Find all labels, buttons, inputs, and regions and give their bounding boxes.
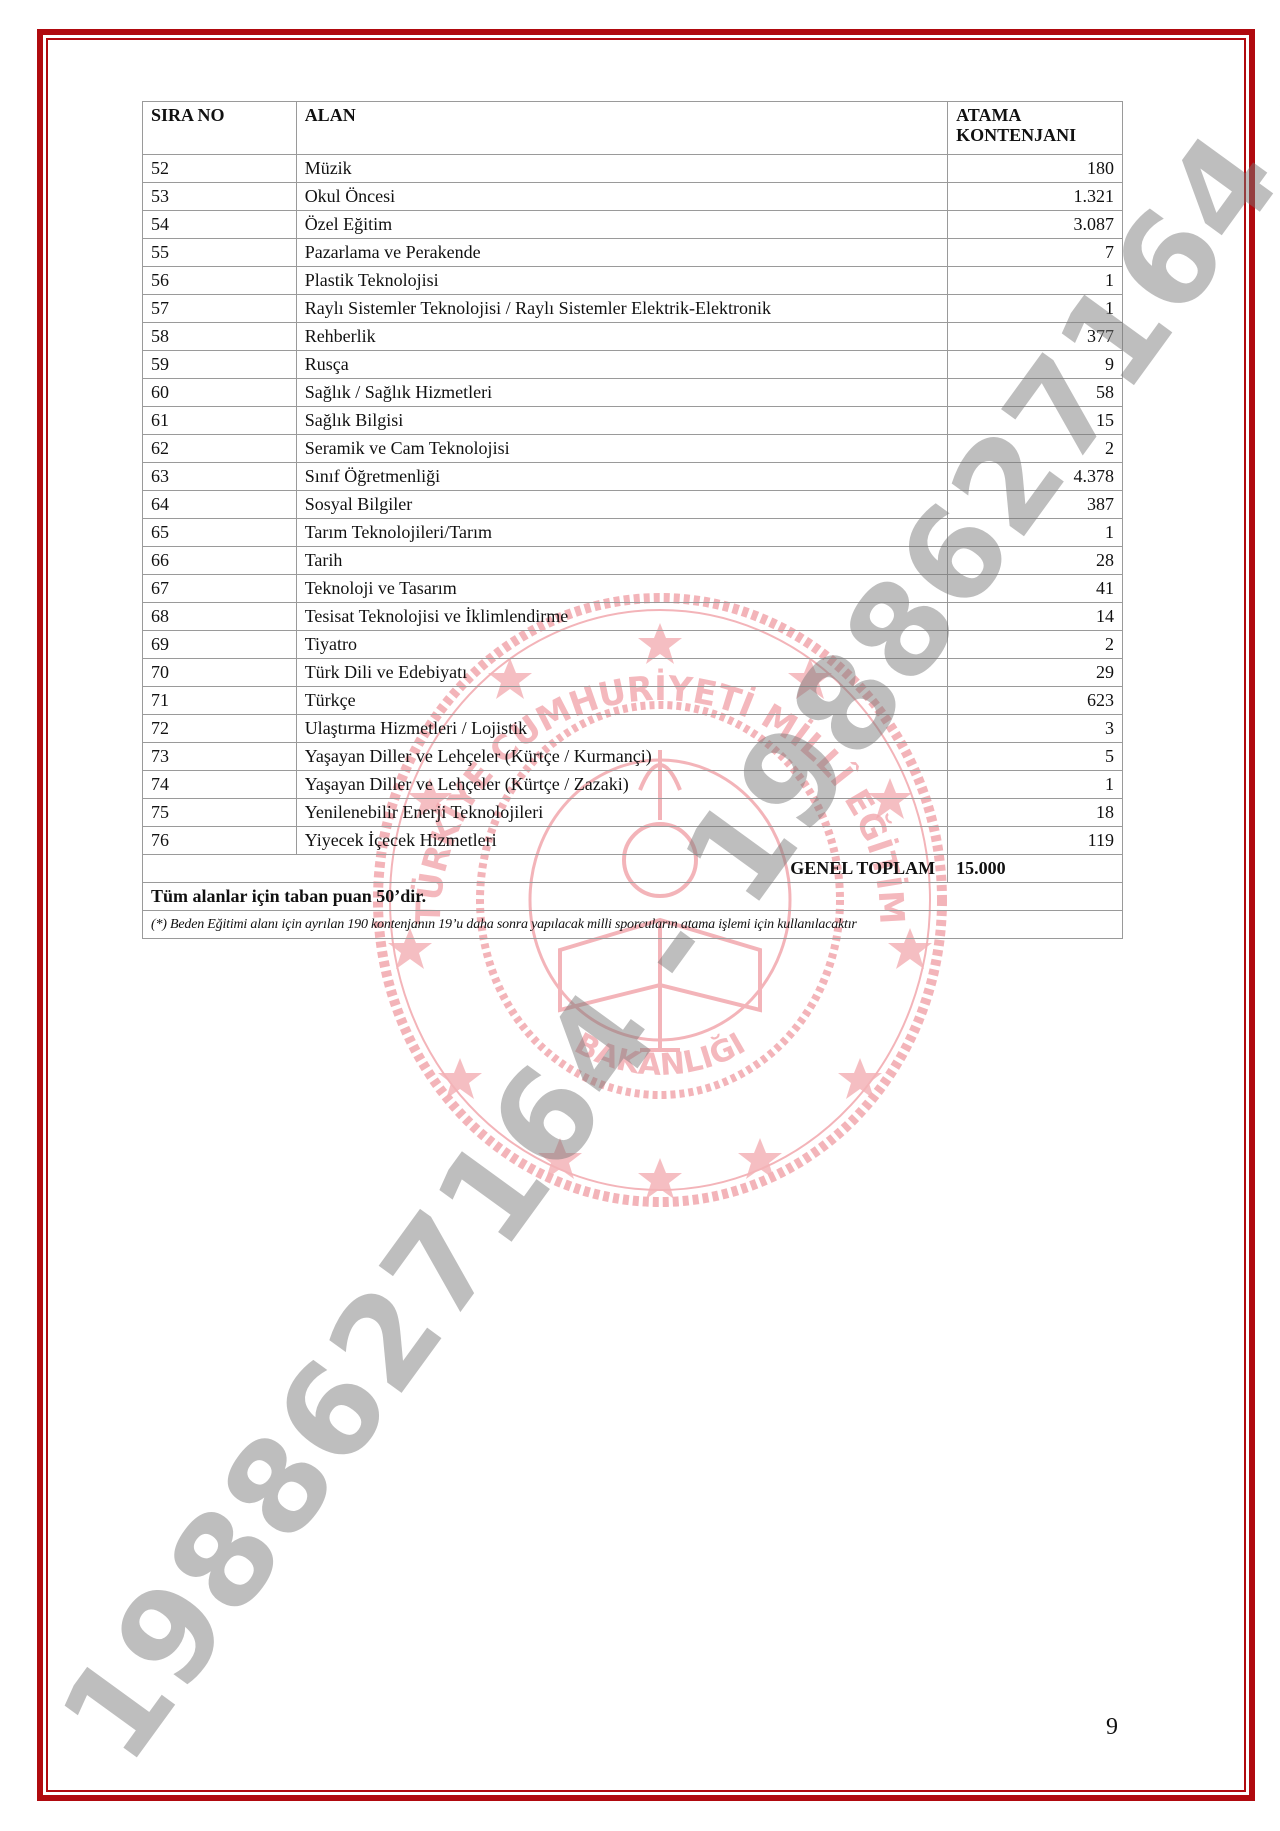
table-row: 57Raylı Sistemler Teknolojisi / Raylı Si… — [143, 295, 1123, 323]
table-row: 58Rehberlik377 — [143, 323, 1123, 351]
base-score-row: Tüm alanlar için taban puan 50’dir. — [143, 883, 1123, 911]
row-alan: Rehberlik — [296, 323, 947, 351]
table-row: 75Yenilenebilir Enerji Teknolojileri18 — [143, 799, 1123, 827]
row-kontenjan: 1 — [948, 771, 1123, 799]
row-sira-no: 63 — [143, 463, 297, 491]
row-alan: Seramik ve Cam Teknolojisi — [296, 435, 947, 463]
table-row: 62Seramik ve Cam Teknolojisi2 — [143, 435, 1123, 463]
row-sira-no: 58 — [143, 323, 297, 351]
row-alan: Özel Eğitim — [296, 211, 947, 239]
row-sira-no: 57 — [143, 295, 297, 323]
table-row: 56Plastik Teknolojisi1 — [143, 267, 1123, 295]
table-row: 68Tesisat Teknolojisi ve İklimlendirme14 — [143, 603, 1123, 631]
table-row: 53Okul Öncesi1.321 — [143, 183, 1123, 211]
row-sira-no: 73 — [143, 743, 297, 771]
row-sira-no: 70 — [143, 659, 297, 687]
row-sira-no: 74 — [143, 771, 297, 799]
table-row: 67Teknoloji ve Tasarım41 — [143, 575, 1123, 603]
row-alan: Rusça — [296, 351, 947, 379]
row-sira-no: 64 — [143, 491, 297, 519]
footnote: (*) Beden Eğitimi alanı için ayrılan 190… — [143, 911, 1123, 939]
row-kontenjan: 1 — [948, 295, 1123, 323]
row-sira-no: 54 — [143, 211, 297, 239]
table-row: 72Ulaştırma Hizmetleri / Lojistik3 — [143, 715, 1123, 743]
row-sira-no: 66 — [143, 547, 297, 575]
table-row: 70Türk Dili ve Edebiyatı29 — [143, 659, 1123, 687]
row-kontenjan: 4.378 — [948, 463, 1123, 491]
row-alan: Okul Öncesi — [296, 183, 947, 211]
row-kontenjan: 623 — [948, 687, 1123, 715]
row-alan: Yaşayan Diller ve Lehçeler (Kürtçe / Zaz… — [296, 771, 947, 799]
row-kontenjan: 1 — [948, 519, 1123, 547]
row-kontenjan: 15 — [948, 407, 1123, 435]
row-alan: Yiyecek İçecek Hizmetleri — [296, 827, 947, 855]
row-kontenjan: 2 — [948, 631, 1123, 659]
row-kontenjan: 1 — [948, 267, 1123, 295]
row-alan: Ulaştırma Hizmetleri / Lojistik — [296, 715, 947, 743]
row-sira-no: 68 — [143, 603, 297, 631]
row-alan: Sosyal Bilgiler — [296, 491, 947, 519]
row-alan: Müzik — [296, 155, 947, 183]
row-alan: Türkçe — [296, 687, 947, 715]
row-kontenjan: 377 — [948, 323, 1123, 351]
row-sira-no: 76 — [143, 827, 297, 855]
row-kontenjan: 119 — [948, 827, 1123, 855]
header-atama-kontenjani: ATAMA KONTENJANI — [948, 102, 1123, 155]
row-kontenjan: 5 — [948, 743, 1123, 771]
assignment-quota-table: SIRA NO ALAN ATAMA KONTENJANI 52Müzik180… — [142, 101, 1123, 939]
table-row: 76Yiyecek İçecek Hizmetleri119 — [143, 827, 1123, 855]
table-row: 59Rusça9 — [143, 351, 1123, 379]
table-row: 64Sosyal Bilgiler387 — [143, 491, 1123, 519]
table-header-row: SIRA NO ALAN ATAMA KONTENJANI — [143, 102, 1123, 155]
row-kontenjan: 14 — [948, 603, 1123, 631]
table-row: 65Tarım Teknolojileri/Tarım1 — [143, 519, 1123, 547]
row-sira-no: 65 — [143, 519, 297, 547]
table-body: 52Müzik18053Okul Öncesi1.32154Özel Eğiti… — [143, 155, 1123, 855]
total-value: 15.000 — [948, 855, 1123, 883]
row-sira-no: 53 — [143, 183, 297, 211]
row-alan: Yaşayan Diller ve Lehçeler (Kürtçe / Kur… — [296, 743, 947, 771]
row-alan: Tesisat Teknolojisi ve İklimlendirme — [296, 603, 947, 631]
table-row: 66Tarih28 — [143, 547, 1123, 575]
row-sira-no: 75 — [143, 799, 297, 827]
total-row: GENEL TOPLAM 15.000 — [143, 855, 1123, 883]
row-sira-no: 67 — [143, 575, 297, 603]
row-kontenjan: 2 — [948, 435, 1123, 463]
table-row: 54Özel Eğitim3.087 — [143, 211, 1123, 239]
table-row: 61Sağlık Bilgisi15 — [143, 407, 1123, 435]
row-sira-no: 52 — [143, 155, 297, 183]
header-alan: ALAN — [296, 102, 947, 155]
row-kontenjan: 41 — [948, 575, 1123, 603]
row-sira-no: 62 — [143, 435, 297, 463]
table-row: 73Yaşayan Diller ve Lehçeler (Kürtçe / K… — [143, 743, 1123, 771]
table-row: 60Sağlık / Sağlık Hizmetleri58 — [143, 379, 1123, 407]
row-kontenjan: 180 — [948, 155, 1123, 183]
row-alan: Teknoloji ve Tasarım — [296, 575, 947, 603]
row-sira-no: 72 — [143, 715, 297, 743]
row-kontenjan: 387 — [948, 491, 1123, 519]
row-alan: Sağlık / Sağlık Hizmetleri — [296, 379, 947, 407]
row-alan: Türk Dili ve Edebiyatı — [296, 659, 947, 687]
row-sira-no: 56 — [143, 267, 297, 295]
row-kontenjan: 1.321 — [948, 183, 1123, 211]
total-label: GENEL TOPLAM — [143, 855, 948, 883]
row-alan: Sağlık Bilgisi — [296, 407, 947, 435]
table-row: 52Müzik180 — [143, 155, 1123, 183]
row-sira-no: 61 — [143, 407, 297, 435]
row-kontenjan: 9 — [948, 351, 1123, 379]
row-kontenjan: 3.087 — [948, 211, 1123, 239]
row-kontenjan: 7 — [948, 239, 1123, 267]
header-atama-line1: ATAMA — [956, 105, 1021, 125]
table-row: 74Yaşayan Diller ve Lehçeler (Kürtçe / Z… — [143, 771, 1123, 799]
base-score-note: Tüm alanlar için taban puan 50’dir. — [143, 883, 1123, 911]
row-alan: Tarım Teknolojileri/Tarım — [296, 519, 947, 547]
row-alan: Plastik Teknolojisi — [296, 267, 947, 295]
row-alan: Sınıf Öğretmenliği — [296, 463, 947, 491]
row-alan: Yenilenebilir Enerji Teknolojileri — [296, 799, 947, 827]
row-kontenjan: 28 — [948, 547, 1123, 575]
header-sira-no: SIRA NO — [143, 102, 297, 155]
table-row: 55Pazarlama ve Perakende7 — [143, 239, 1123, 267]
table-row: 63Sınıf Öğretmenliği4.378 — [143, 463, 1123, 491]
row-sira-no: 60 — [143, 379, 297, 407]
header-atama-line2: KONTENJANI — [956, 125, 1076, 145]
row-alan: Tiyatro — [296, 631, 947, 659]
row-alan: Pazarlama ve Perakende — [296, 239, 947, 267]
table-row: 71Türkçe623 — [143, 687, 1123, 715]
row-kontenjan: 3 — [948, 715, 1123, 743]
row-kontenjan: 58 — [948, 379, 1123, 407]
row-sira-no: 71 — [143, 687, 297, 715]
row-kontenjan: 18 — [948, 799, 1123, 827]
row-sira-no: 69 — [143, 631, 297, 659]
table-row: 69Tiyatro2 — [143, 631, 1123, 659]
row-sira-no: 55 — [143, 239, 297, 267]
footnote-row: (*) Beden Eğitimi alanı için ayrılan 190… — [143, 911, 1123, 939]
page-number: 9 — [1106, 1714, 1118, 1741]
row-kontenjan: 29 — [948, 659, 1123, 687]
row-sira-no: 59 — [143, 351, 297, 379]
row-alan: Tarih — [296, 547, 947, 575]
row-alan: Raylı Sistemler Teknolojisi / Raylı Sist… — [296, 295, 947, 323]
